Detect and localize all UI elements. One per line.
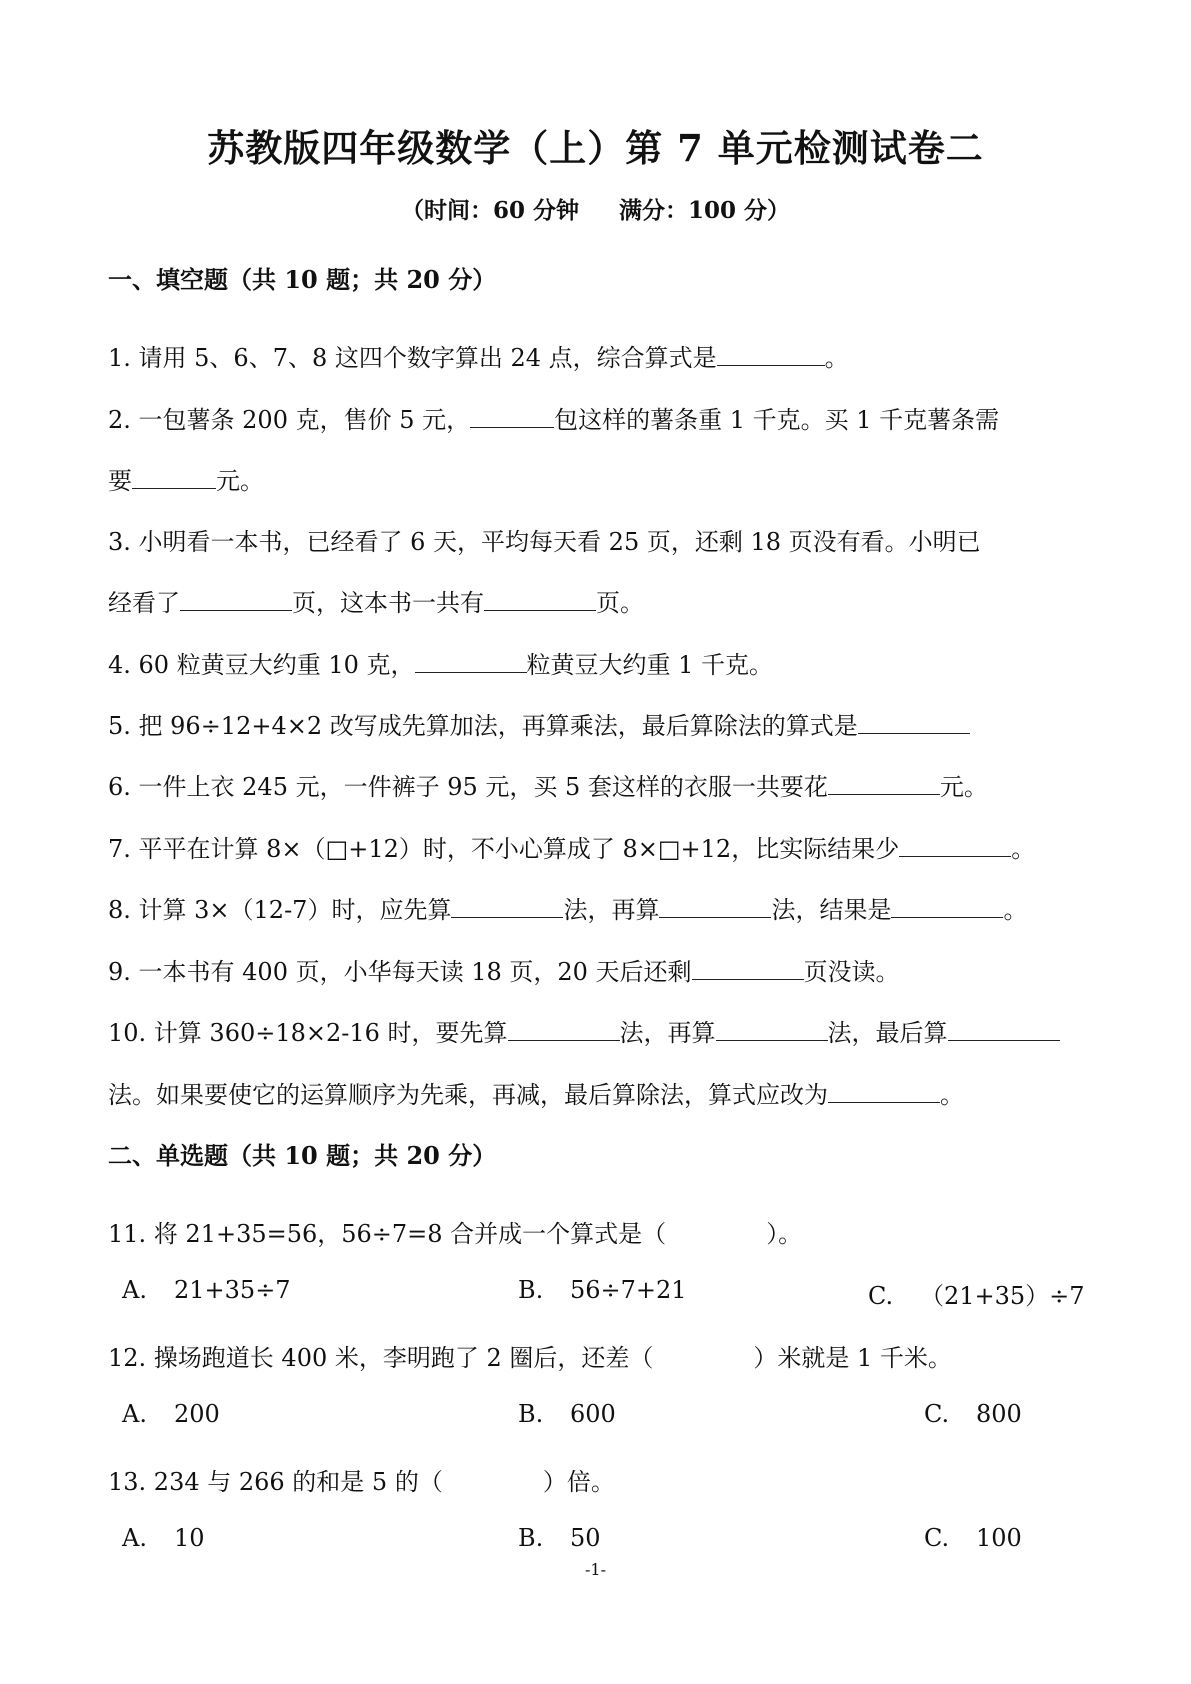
- answer-blank[interactable]: [180, 588, 292, 611]
- question-10: 10. 计算 360÷18×2-16 时，要先算法，再算法，最后算: [108, 1013, 1060, 1048]
- section-heading-fill-blank: 一、填空题（共 10 题；共 20 分）: [108, 260, 496, 295]
- answer-blank[interactable]: [717, 343, 825, 366]
- answer-blank[interactable]: [415, 650, 527, 673]
- answer-blank[interactable]: [891, 895, 1003, 918]
- question-10-cont: 法。如果要使它的运算顺序为先乘，再减，最后算除法，算式应改为。: [108, 1075, 964, 1110]
- section-heading-single-choice: 二、单选题（共 10 题；共 20 分）: [108, 1136, 496, 1171]
- answer-blank[interactable]: [858, 711, 970, 734]
- question-5: 5. 把 96÷12+4×2 改写成先算加法，再算乘法，最后算除法的算式是: [108, 706, 970, 741]
- question-9: 9. 一本书有 400 页，小华每天读 18 页，20 天后还剩页没读。: [108, 952, 900, 987]
- answer-blank[interactable]: [470, 405, 554, 428]
- time-limit: （时间：60 分钟: [401, 197, 579, 224]
- answer-blank[interactable]: [132, 466, 216, 489]
- answer-blank[interactable]: [828, 772, 940, 795]
- option-13-b[interactable]: B.50: [518, 1524, 601, 1552]
- option-11-a[interactable]: A.21+35÷7: [122, 1276, 291, 1304]
- option-12-b[interactable]: B.600: [518, 1400, 616, 1428]
- question-13: 13. 234 与 266 的和是 5 的（）倍。: [108, 1462, 615, 1497]
- question-3-cont: 经看了页，这本书一共有页。: [108, 583, 644, 618]
- question-12: 12. 操场跑道长 400 米，李明跑了 2 圈后，还差（）米就是 1 千米。: [108, 1338, 952, 1373]
- option-11-c[interactable]: C.（21+35）÷7: [868, 1276, 1085, 1311]
- answer-blank[interactable]: [716, 1018, 828, 1041]
- option-13-c[interactable]: C.100: [924, 1524, 1022, 1552]
- answer-blank[interactable]: [948, 1018, 1060, 1041]
- option-12-c[interactable]: C.800: [924, 1400, 1022, 1428]
- question-7: 7. 平平在计算 8×（□+12）时，不小心算成了 8×□+12，比实际结果少。: [108, 829, 1035, 864]
- question-4: 4. 60 粒黄豆大约重 10 克，粒黄豆大约重 1 千克。: [108, 645, 773, 680]
- question-2-cont: 要元。: [108, 461, 264, 496]
- question-11: 11. 将 21+35=56，56÷7=8 合并成一个算式是（）。: [108, 1214, 802, 1249]
- answer-blank[interactable]: [899, 834, 1011, 857]
- question-2: 2. 一包薯条 200 克，售价 5 元，包这样的薯条重 1 千克。买 1 千克…: [108, 400, 999, 435]
- answer-blank[interactable]: [828, 1080, 940, 1103]
- answer-blank[interactable]: [484, 588, 596, 611]
- option-11-b[interactable]: B.56÷7+21: [518, 1276, 687, 1304]
- option-13-a[interactable]: A.10: [122, 1524, 205, 1552]
- option-12-a[interactable]: A.200: [122, 1400, 220, 1428]
- question-3: 3. 小明看一本书，已经看了 6 天，平均每天看 25 页，还剩 18 页没有看…: [108, 522, 981, 557]
- question-8: 8. 计算 3×（12-7）时，应先算法，再算法，结果是。: [108, 890, 1027, 925]
- exam-page: 苏教版四年级数学（上）第 7 单元检测试卷二 （时间：60 分钟满分：100 分…: [0, 0, 1191, 1684]
- document-title: 苏教版四年级数学（上）第 7 单元检测试卷二: [0, 118, 1191, 172]
- document-subtitle: （时间：60 分钟满分：100 分）: [0, 192, 1191, 225]
- answer-blank[interactable]: [659, 895, 771, 918]
- answer-blank[interactable]: [508, 1018, 620, 1041]
- answer-blank[interactable]: [692, 957, 804, 980]
- question-1: 1. 请用 5、6、7、8 这四个数字算出 24 点，综合算式是。: [108, 338, 849, 373]
- full-score: 满分：100 分）: [619, 197, 790, 224]
- page-number: -1-: [0, 1560, 1191, 1579]
- answer-blank[interactable]: [451, 895, 563, 918]
- question-6: 6. 一件上衣 245 元，一件裤子 95 元，买 5 套这样的衣服一共要花元。: [108, 767, 988, 802]
